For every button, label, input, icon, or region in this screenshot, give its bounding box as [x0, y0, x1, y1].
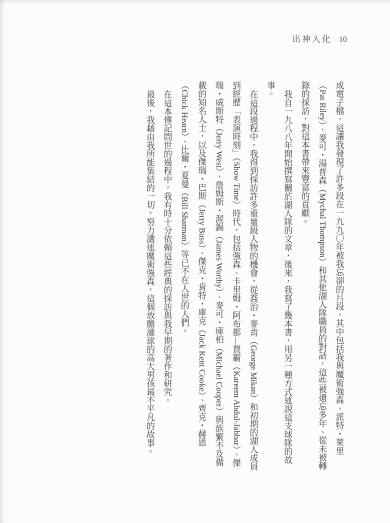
paragraph: 在這本傳記問世的過程中，我有時十分依賴這些經典的採訪與我早期的著作和研究。 — [159, 81, 176, 471]
vertical-text-block: 成電子檔，這讓我發現了許多段在一九九〇年被我忘卻的片段，其中包括我與魔術強森、派… — [156, 81, 348, 471]
running-head: 出神入化10 — [292, 33, 347, 45]
page-number: 10 — [339, 35, 347, 44]
page-top-edge-shadow — [0, 0, 390, 4]
paragraph: 我自一九八八年開始撰寫關於湖人隊的文章，後來，我寫了幾本書，用另一種方式述說這支… — [262, 81, 296, 471]
book-page-scan: 出神入化10 成電子檔，這讓我發現了許多段在一九九〇年被我忘卻的片段，其中包括我… — [0, 0, 390, 523]
page-left-edge-shadow — [0, 0, 5, 523]
paragraph: 最後，我藉由我所能集結的一切，努力講述魔術強森，這個放膽灌球的高大男孩最不平凡的… — [142, 81, 159, 471]
paragraph-continuation: 成電子檔，這讓我發現了許多段在一九九〇年被我忘卻的片段，其中包括我與魔術強森、派… — [296, 81, 348, 471]
book-title: 出神入化 — [292, 34, 332, 44]
paragraph: 在這段過程中，我得到採訪許多重量級人物的機會，從喬治・麥肯（George Mik… — [176, 81, 262, 471]
